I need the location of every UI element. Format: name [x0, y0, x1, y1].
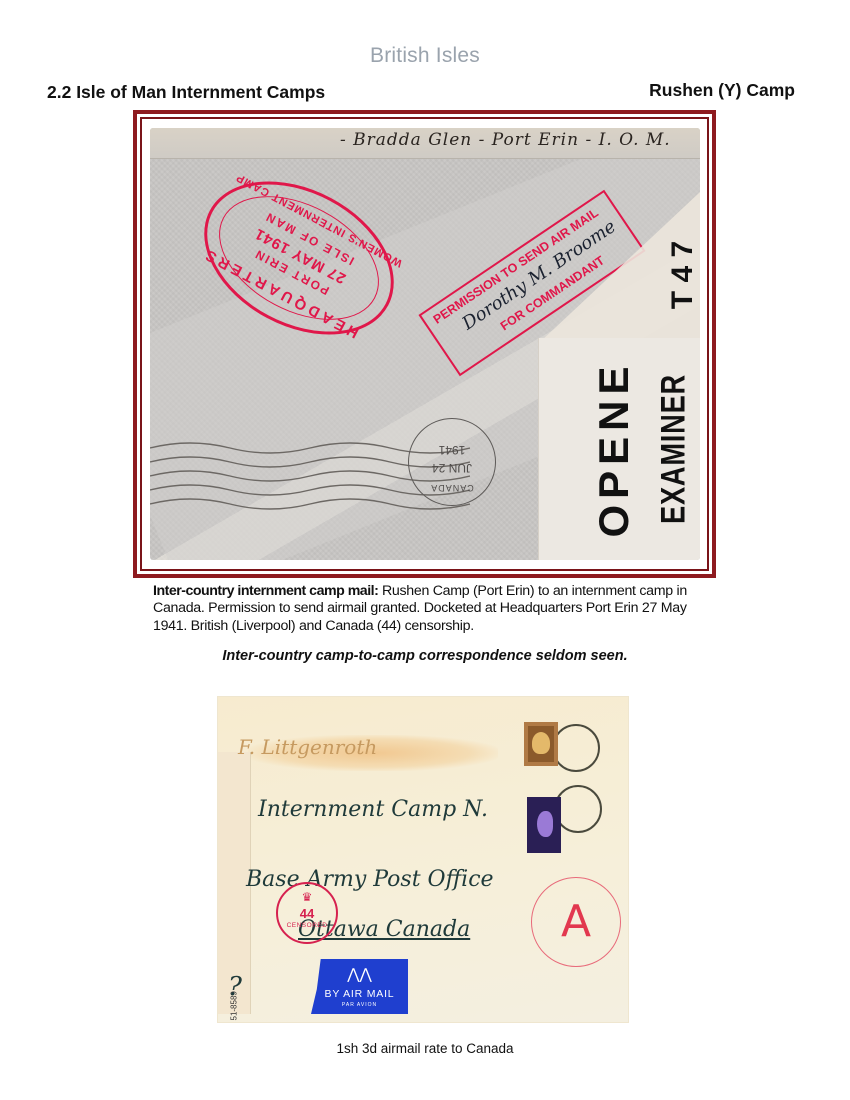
return-address: - Bradda Glen - Port Erin - I. O. M. — [340, 130, 671, 150]
airmail-label-subtext: PAR AVION — [311, 1002, 408, 1008]
censor-label-opened-text: OPENE — [584, 344, 644, 554]
pencil-mark: ? — [228, 972, 242, 1002]
stamp-brown — [524, 722, 558, 766]
cover-1-caption: Inter-country internment camp mail: Rush… — [153, 583, 701, 635]
postmark-date: JUN 24 — [409, 461, 495, 475]
page-subtitle: Rushen (Y) Camp — [649, 80, 795, 101]
address-line-2: Base Army Post Office — [246, 867, 494, 892]
airmail-etiquette: ⋀⋀ BY AIR MAIL PAR AVION — [311, 959, 408, 1014]
airmail-label-text: BY AIR MAIL — [311, 988, 408, 1000]
canada-receiving-postmark: CANADA JUN 24 1941 — [408, 418, 496, 506]
cover-1-envelope: - Bradda Glen - Port Erin - I. O. M. HEA… — [150, 128, 700, 560]
postmark-cancel — [554, 785, 602, 833]
censor-number: 44 — [278, 906, 336, 921]
caption-emphasis: Inter-country camp-to-camp correspondenc… — [0, 648, 850, 664]
censor-text: CENSORED — [278, 922, 336, 929]
censor-label-partial: T 4 7 — [666, 220, 700, 330]
cover-2-envelope: 51-8589 F. Littgenroth Internment Camp N… — [218, 697, 628, 1022]
cover-2-caption: 1sh 3d airmail rate to Canada — [0, 1041, 850, 1056]
postmark-text: CANADA — [409, 483, 495, 493]
censor-label-examiner-text: EXAMINER — [648, 344, 700, 554]
postmark-year: 1941 — [409, 443, 495, 457]
section-label: British Isles — [0, 44, 850, 68]
wings-icon: ⋀⋀ — [311, 965, 408, 983]
circled-letter-marking: A — [531, 877, 621, 967]
canada-censor-44-handstamp: ♛ 44 CENSORED — [276, 882, 338, 944]
caption-lead: Inter-country internment camp mail: — [153, 583, 378, 599]
stamp-violet — [527, 797, 561, 853]
page-title: 2.2 Isle of Man Internment Camps — [47, 82, 325, 103]
crown-icon: ♛ — [278, 890, 336, 904]
address-line-1: Internment Camp N. — [258, 797, 488, 822]
sender-name: F. Littgenroth — [238, 735, 377, 759]
postmark-cancel — [552, 724, 600, 772]
